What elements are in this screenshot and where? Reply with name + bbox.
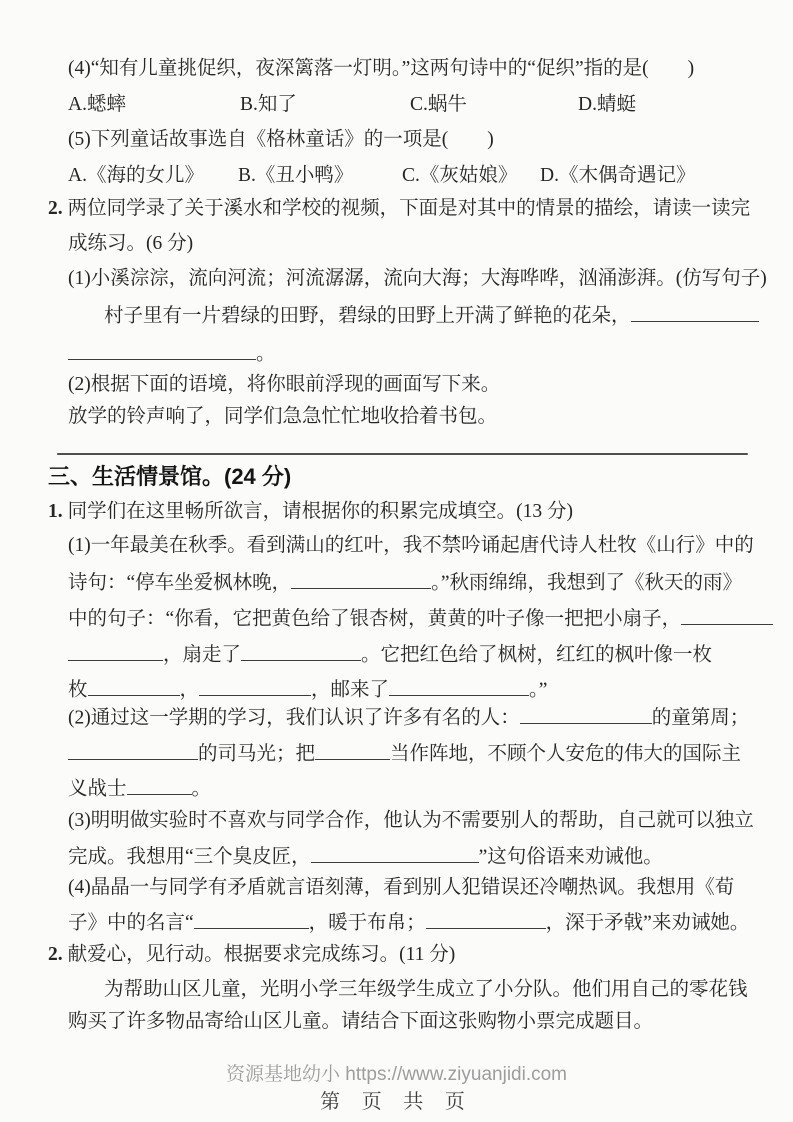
text-segment: (2)通过这一学期的学习，我们认识了许多有名的人：: [68, 708, 520, 729]
text-segment: 为帮助山区儿童，光明小学三年级学生成立了小分队。他们用自己的零花钱: [104, 979, 748, 1000]
question-2-stem-wrap: 成练习。(6 分): [68, 231, 193, 257]
question-3-2-stem: 2.献爱心，见行动。根据要求完成练习。(11 分): [48, 942, 455, 968]
text-segment: B.《丑小鸭》: [238, 165, 353, 186]
question-3-1-1-line-4: ，扇走了。它把红色给了枫树，红红的枫叶像一枚: [68, 641, 712, 669]
question-2-2-stem: (2)根据下面的语境，将你眼前浮现的画面写下来。: [68, 372, 500, 398]
answer-blank: [291, 569, 431, 589]
text-segment: 枚: [68, 680, 88, 701]
question-2-1-stem: (1)小溪淙淙，流向河流；河流潺潺，流向大海；大海哗哗，汹涌澎湃。(仿写句子): [68, 266, 767, 292]
question-3-2-context-2: 购买了许多物品寄给山区儿童。请结合下面这张购物小票完成题目。: [68, 1009, 653, 1035]
text-segment: ，邮来了: [311, 680, 389, 701]
question-1-5-stem: (5)下列童话故事选自《格林童话》的一项是( ): [68, 127, 494, 153]
answer-blank: [681, 605, 773, 625]
text-segment: ”这句俗语来劝诫他。: [479, 847, 663, 868]
text-segment: (2)根据下面的语境，将你眼前浮现的画面写下来。: [68, 374, 500, 395]
text-segment: ，: [180, 680, 200, 701]
text-segment: (4)晶晶一与同学有矛盾就言语刻薄，看到别人犯错误还冷嘲热讽。我想用《荀: [68, 877, 734, 898]
footer-page-info: 第 页 共 页: [0, 1085, 793, 1114]
question-3-1-3-line-2: 完成。我想用“三个臭皮匠，”这句俗语来劝诫他。: [68, 843, 663, 871]
question-1-4-option-a: A.蟋蟀: [68, 92, 126, 118]
section-3-title: 三、生活情景馆。(24 分): [48, 464, 291, 490]
answer-blank: [88, 676, 180, 696]
text-segment: 购买了许多物品寄给山区儿童。请结合下面这张购物小票完成题目。: [68, 1011, 653, 1032]
text-segment: 诗句：“停车坐爱枫林晚，: [68, 573, 291, 594]
answer-blank: [194, 909, 309, 929]
question-1-5-option-d: D.《木偶奇遇记》: [540, 163, 695, 189]
question-3-1-1-line-3: 中的句子：“你看，它把黄色给了银杏树，黄黄的叶子像一把把小扇子，: [68, 605, 773, 633]
text-segment: (1)小溪淙淙，流向河流；河流潺潺，流向大海；大海哗哗，汹涌澎湃。(仿写句子): [68, 268, 767, 289]
text-segment: ，暖于布帛；: [309, 913, 426, 934]
question-1-5-option-c: C.《灰姑娘》: [402, 163, 517, 189]
question-2-2-context: 放学的铃声响了，同学们急急忙忙地收拾着书包。: [68, 404, 497, 430]
text-segment: 完成。我想用“三个臭皮匠，: [68, 847, 311, 868]
text-segment: 放学的铃声响了，同学们急急忙忙地收拾着书包。: [68, 406, 497, 427]
question-3-1-4-line-1: (4)晶晶一与同学有矛盾就言语刻薄，看到别人犯错误还冷嘲热讽。我想用《荀: [68, 875, 734, 901]
answer-blank: [315, 740, 390, 760]
text-segment: 中的句子：“你看，它把黄色给了银杏树，黄黄的叶子像一把把小扇子，: [68, 609, 681, 630]
question-1-5-option-a: A.《海的女儿》: [68, 163, 204, 189]
text-segment: (3)明明做实验时不喜欢与同学合作，他认为不需要别人的帮助，自己就可以独立: [68, 810, 754, 831]
text-segment: 同学们在这里畅所欲言，请根据你的积累完成填空。(13 分): [68, 501, 573, 522]
text-segment: C.《灰姑娘》: [402, 165, 517, 186]
question-3-1-stem: 1.同学们在这里畅所欲言，请根据你的积累完成填空。(13 分): [48, 499, 573, 525]
text-segment: 当作阵地，不顾个人安危的伟大的国际主: [390, 744, 741, 765]
question-1-4-option-d: D.蜻蜓: [578, 92, 636, 118]
question-3-1-2-line-1: (2)通过这一学期的学习，我们认识了许多有名的人：的童第周；: [68, 704, 749, 732]
exam-page: (4)“知有儿童挑促织，夜深篱落一灯明。”这两句诗中的“促织”指的是( )A.蟋…: [0, 0, 793, 1122]
text-segment: 义战士: [68, 779, 127, 800]
section-divider: [57, 453, 748, 455]
question-1-4-option-b: B.知了: [240, 92, 297, 118]
text-segment: 的司马光；把: [198, 744, 315, 765]
question-1-4-stem: (4)“知有儿童挑促织，夜深篱落一灯明。”这两句诗中的“促织”指的是( ): [68, 56, 694, 82]
question-3-1-2-line-3: 义战士。: [68, 775, 211, 803]
question-3-1-2-line-2: 的司马光；把当作阵地，不顾个人安危的伟大的国际主: [68, 740, 741, 768]
text-segment: B.知了: [240, 94, 297, 115]
item-number: 2.: [48, 198, 63, 219]
text-segment: (1)一年最美在秋季。看到满山的红叶，我不禁吟诵起唐代诗人杜牧《山行》中的: [68, 535, 754, 556]
answer-blank: [199, 676, 311, 696]
item-number: 2.: [48, 944, 63, 965]
text-segment: ，深于矛戟”来劝诫她。: [546, 913, 750, 934]
text-segment: 献爱心，见行动。根据要求完成练习。(11 分): [68, 944, 456, 965]
text-segment: D.蜻蜓: [578, 94, 636, 115]
question-3-1-1-line-5: 枚，，邮来了。”: [68, 676, 547, 704]
text-segment: A.蟋蟀: [68, 94, 126, 115]
answer-blank: [241, 641, 361, 661]
text-segment: 。: [256, 344, 276, 365]
text-segment: 三、生活情景馆。(24 分): [48, 464, 291, 489]
question-2-1-answer-line-2: 。: [68, 340, 276, 368]
answer-blank: [631, 302, 759, 322]
text-segment: 的童第周；: [652, 708, 750, 729]
question-3-1-3-line-1: (3)明明做实验时不喜欢与同学合作，他认为不需要别人的帮助，自己就可以独立: [68, 808, 754, 834]
text-segment: (4)“知有儿童挑促织，夜深篱落一灯明。”这两句诗中的“促织”指的是( ): [68, 58, 694, 79]
text-segment: 成练习。(6 分): [68, 233, 193, 254]
answer-blank: [311, 843, 479, 863]
text-segment: D.《木偶奇遇记》: [540, 165, 695, 186]
text-segment: ，扇走了: [163, 645, 241, 666]
text-segment: 两位同学录了关于溪水和学校的视频，下面是对其中的情景的描绘，请读一读完: [68, 198, 751, 219]
text-segment: 子》中的名言“: [68, 913, 194, 934]
text-segment: 。: [192, 779, 212, 800]
item-number: 1.: [48, 501, 63, 522]
question-2-stem: 2.两位同学录了关于溪水和学校的视频，下面是对其中的情景的描绘，请读一读完: [48, 196, 750, 222]
text-segment: 村子里有一片碧绿的田野，碧绿的田野上开满了鲜艳的花朵，: [104, 306, 631, 327]
question-3-1-1-line-2: 诗句：“停车坐爱枫林晚，。”秋雨绵绵，我想到了《秋天的雨》: [68, 569, 742, 597]
text-segment: 。”秋雨绵绵，我想到了《秋天的雨》: [431, 573, 742, 594]
answer-blank: [520, 704, 652, 724]
answer-blank: [389, 676, 529, 696]
text-segment: (5)下列童话故事选自《格林童话》的一项是( ): [68, 129, 494, 150]
answer-blank: [127, 775, 192, 795]
question-3-1-1-line-1: (1)一年最美在秋季。看到满山的红叶，我不禁吟诵起唐代诗人杜牧《山行》中的: [68, 533, 754, 559]
question-3-1-4-line-2: 子》中的名言“，暖于布帛；，深于矛戟”来劝诫她。: [68, 909, 749, 937]
text-segment: C.蜗牛: [410, 94, 467, 115]
answer-blank: [68, 340, 256, 360]
question-1-5-option-b: B.《丑小鸭》: [238, 163, 353, 189]
answer-blank: [68, 740, 198, 760]
answer-blank: [426, 909, 546, 929]
answer-blank: [68, 641, 163, 661]
question-2-1-answer-line: 村子里有一片碧绿的田野，碧绿的田野上开满了鲜艳的花朵，: [104, 302, 759, 330]
question-3-2-context-1: 为帮助山区儿童，光明小学三年级学生成立了小分队。他们用自己的零花钱: [104, 977, 748, 1003]
text-segment: A.《海的女儿》: [68, 165, 204, 186]
footer-watermark: 资源基地幼小 https://www.ziyuanjidi.com: [0, 1059, 793, 1086]
text-segment: 。”: [529, 680, 547, 701]
question-1-4-option-c: C.蜗牛: [410, 92, 467, 118]
text-segment: 。它把红色给了枫树，红红的枫叶像一枚: [361, 645, 712, 666]
